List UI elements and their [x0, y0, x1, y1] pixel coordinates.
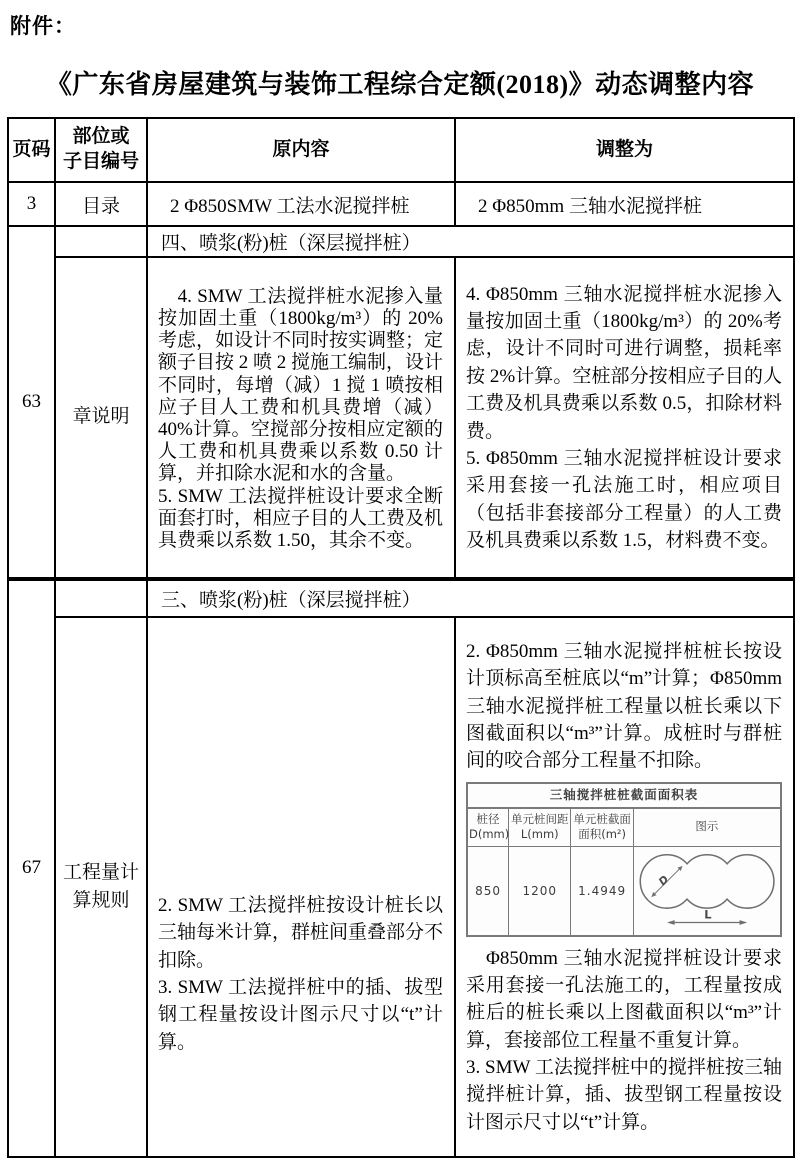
table-row-catalog: 3 目录 2 Φ850SMW 工法水泥搅拌桩 2 Φ850mm 三轴水泥搅拌桩 [8, 182, 794, 226]
section-row-3: 67 三、喷浆(粉)桩（深层搅拌桩） [8, 579, 794, 617]
page-title: 《广东省房屋建筑与装饰工程综合定额(2018)》动态调整内容 [4, 64, 796, 101]
cell-part-label: 章说明 [55, 257, 147, 579]
paragraph: 3. SMW 工法搅拌桩中的搅拌桩按三轴搅拌桩计算，插、拔型钢工程量按设计图示尺… [466, 1054, 782, 1136]
paragraph: Φ850mm 三轴水泥搅拌桩设计要求采用套接一孔法施工的，工程量按成桩后的桩长乘… [466, 945, 782, 1054]
cell-adjusted-content: 4. Φ850mm 三轴水泥搅拌桩水泥掺入量按加固土重（1800kg/m³）的 … [455, 257, 794, 579]
arrowhead [739, 920, 747, 925]
empty-cell [55, 226, 147, 257]
figure-header-row: 桩径 D(mm) 单元桩间距 L(mm) 单元桩截面 面积(m²) 图示 [468, 808, 780, 846]
paragraph: 2. Φ850mm 三轴水泥搅拌桩桩长按设计顶标高至桩底以“m”计算；Φ850m… [466, 638, 782, 775]
adjusted-intro-paragraphs: 2. Φ850mm 三轴水泥搅拌桩桩长按设计顶标高至桩底以“m”计算；Φ850m… [466, 638, 782, 775]
figure-header-diameter: 桩径 D(mm) [468, 808, 509, 846]
adjustments-table: 页码 部位或 子目编号 原内容 调整为 3 目录 2 Φ850SMW 工法水泥搅… [7, 117, 795, 1158]
arrowhead [667, 920, 675, 925]
paragraph: 2. SMW 工法搅拌桩按设计桩长以三轴每米计算，群桩间重叠部分不扣除。 [158, 892, 443, 974]
figure-table: 桩径 D(mm) 单元桩间距 L(mm) 单元桩截面 面积(m²) 图示 850… [468, 808, 780, 935]
paragraph: 3. SMW 工法搅拌桩中的插、拔型钢工程量按设计图示尺寸以“t”计算。 [158, 974, 443, 1056]
paragraph: 5. Φ850mm 三轴水泥搅拌桩设计要求采用套接一孔法施工时，相应项目（包括非… [466, 445, 782, 554]
paragraph: 4. SMW 工法搅拌桩水泥掺入量按加固土重（1800kg/m³）的 20%考虑… [158, 286, 443, 486]
cell-page-number: 67 [8, 579, 55, 1157]
cell-part-label: 目录 [55, 182, 147, 226]
pile-section-figure: 三轴搅拌桩桩截面面积表 桩径 D(mm) 单元桩间距 L(mm) 单元桩截面 面… [466, 782, 782, 937]
section-title: 三、喷浆(粉)桩（深层搅拌桩） [147, 579, 794, 617]
table-row-63: 章说明 4. SMW 工法搅拌桩水泥掺入量按加固土重（1800kg/m³）的 2… [8, 257, 794, 579]
cell-page-number: 63 [8, 226, 55, 579]
document-page: 附件： 《广东省房屋建筑与装饰工程综合定额(2018)》动态调整内容 页码 部位… [0, 0, 800, 1159]
attachment-label: 附件： [10, 10, 800, 40]
section-title: 四、喷浆(粉)桩（深层搅拌桩） [147, 226, 794, 257]
header-cell-original: 原内容 [147, 118, 455, 182]
cell-adjusted-content: 2. Φ850mm 三轴水泥搅拌桩桩长按设计顶标高至桩底以“m”计算；Φ850m… [455, 617, 794, 1157]
cell-adjusted-content: 2 Φ850mm 三轴水泥搅拌桩 [455, 182, 794, 226]
figure-data-row: 850 1200 1.4949 D [468, 846, 780, 935]
paragraph: 4. Φ850mm 三轴水泥搅拌桩水泥掺入量按加固土重（1800kg/m³）的 … [466, 281, 782, 445]
cell-original-content: 2 Φ850SMW 工法水泥搅拌桩 [147, 182, 455, 226]
table-row-67: 工程量计 算规则 2. SMW 工法搅拌桩按设计桩长以三轴每米计算，群桩间重叠部… [8, 617, 794, 1157]
figure-header-diagram: 图示 [633, 808, 780, 846]
figure-diagram-cell: D L [633, 846, 780, 935]
figure-value-diameter: 850 [468, 846, 509, 935]
header-cell-adjusted: 调整为 [455, 118, 794, 182]
cell-original-content: 2. SMW 工法搅拌桩按设计桩长以三轴每米计算，群桩间重叠部分不扣除。3. S… [147, 617, 455, 1157]
cell-part-label: 工程量计 算规则 [55, 617, 147, 1157]
figure-value-spacing: 1200 [509, 846, 571, 935]
cell-page-number: 3 [8, 182, 55, 226]
figure-title: 三轴搅拌桩桩截面面积表 [468, 784, 780, 808]
figure-value-area: 1.4949 [571, 846, 633, 935]
table-header-row: 页码 部位或 子目编号 原内容 调整为 [8, 118, 794, 182]
figure-header-area: 单元桩截面 面积(m²) [571, 808, 633, 846]
figure-header-spacing: 单元桩间距 L(mm) [509, 808, 571, 846]
header-cell-page: 页码 [8, 118, 55, 182]
adjusted-outro-paragraphs: Φ850mm 三轴水泥搅拌桩设计要求采用套接一孔法施工的，工程量按成桩后的桩长乘… [466, 945, 782, 1137]
section-row-4: 63 四、喷浆(粉)桩（深层搅拌桩） [8, 226, 794, 257]
cell-original-content: 4. SMW 工法搅拌桩水泥掺入量按加固土重（1800kg/m³）的 20%考虑… [147, 257, 455, 579]
empty-cell [55, 579, 147, 617]
paragraph: 5. SMW 工法搅拌桩设计要求全断面套打时，相应子目的人工费及机具费乘以系数 … [158, 486, 443, 553]
header-cell-part: 部位或 子目编号 [55, 118, 147, 182]
spacing-label: L [704, 907, 712, 921]
pile-section-diagram: D L [635, 849, 779, 933]
